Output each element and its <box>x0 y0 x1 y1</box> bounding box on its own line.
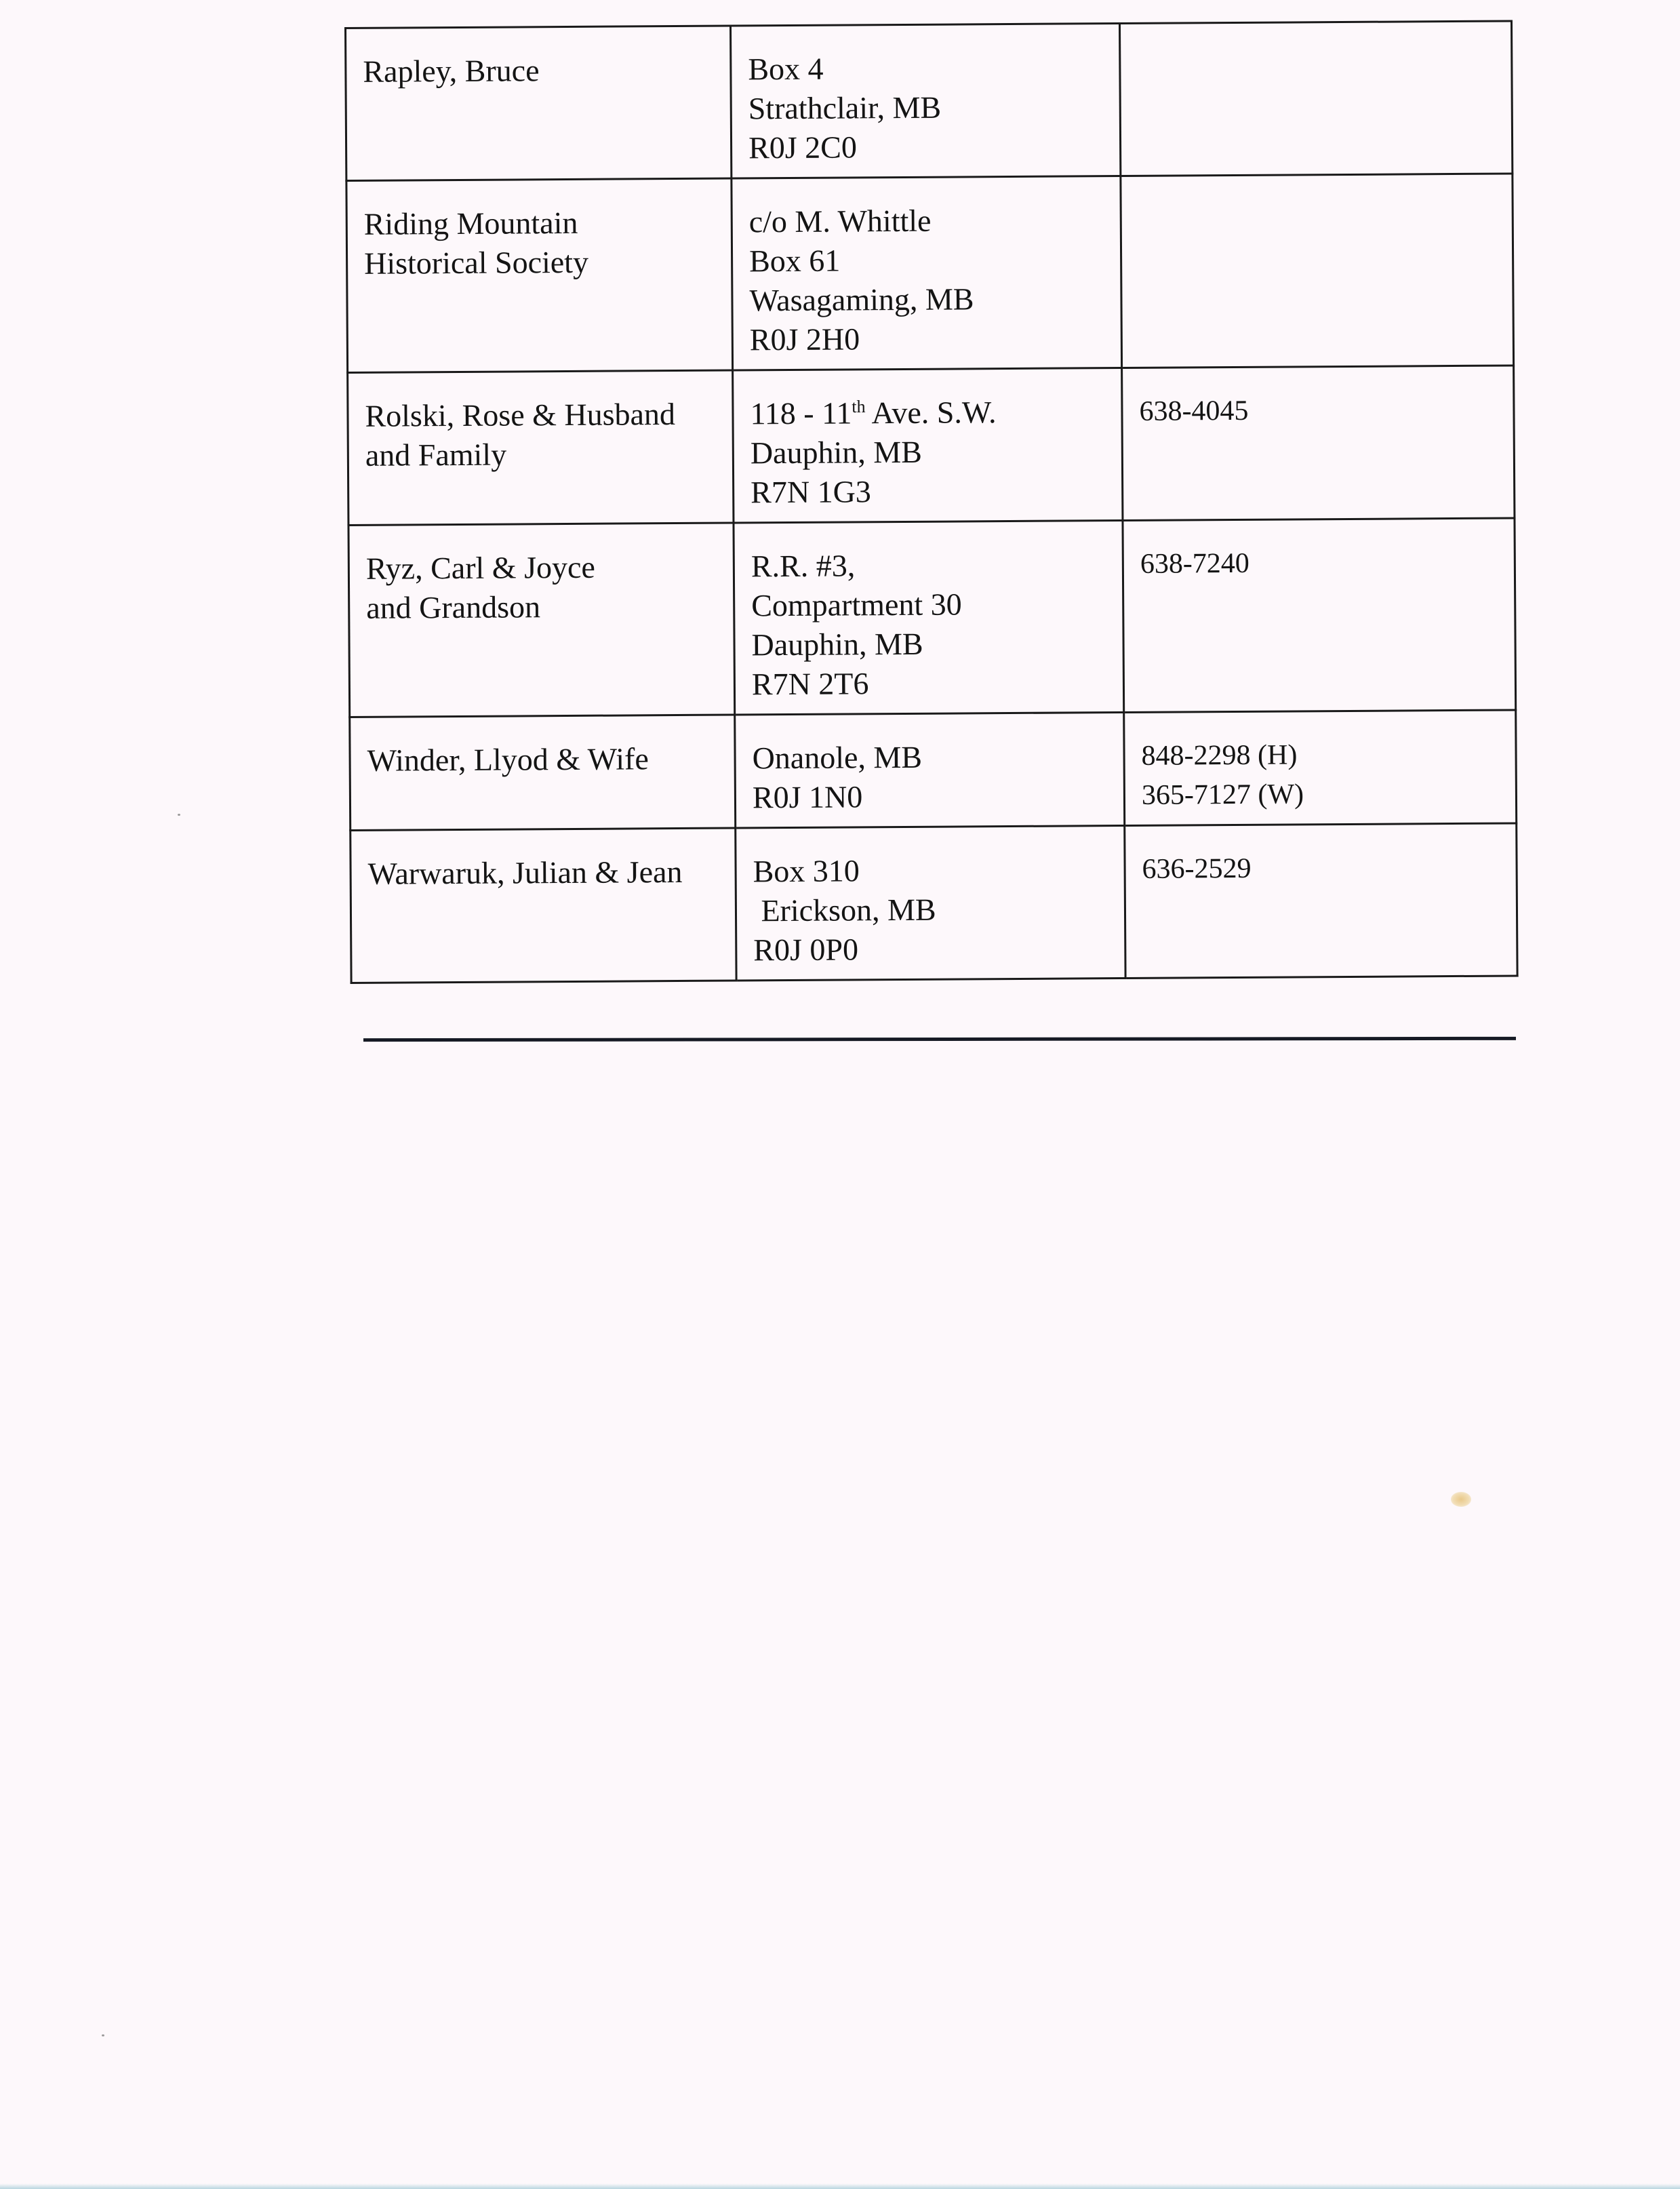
scan-edge <box>0 2184 1680 2189</box>
contact-name: Warwaruk, Julian & Jean <box>367 852 718 894</box>
address-line: Box 310 <box>753 850 1107 891</box>
contact-name-cell: Rolski, Rose & Husband and Family <box>348 370 734 525</box>
contact-address-cell: Onanole, MB R0J 1N0 <box>735 712 1125 828</box>
address-line: Strathclair, MB <box>748 87 1103 128</box>
contact-address-cell: 118 - 11th Ave. S.W. Dauphin, MB R7N 1G3 <box>733 368 1123 524</box>
phone-number: 638-4045 <box>1139 390 1496 431</box>
table-row: Rapley, Bruce Box 4 Strathclair, MB R0J … <box>346 21 1513 181</box>
contact-name: Rolski, Rose & Husband <box>365 395 715 436</box>
contact-name-cell: Rapley, Bruce <box>346 26 732 180</box>
phone-number-home: 848-2298 (H) <box>1141 734 1498 776</box>
address-line: 118 - 11th Ave. S.W. <box>750 392 1104 433</box>
address-line: Wasagaming, MB <box>749 279 1104 320</box>
table-row: Warwaruk, Julian & Jean Box 310 Erickson… <box>351 823 1517 983</box>
contact-phone-cell: 638-4045 <box>1122 366 1515 521</box>
contact-name-cell: Warwaruk, Julian & Jean <box>351 828 736 983</box>
contact-name-cell: Ryz, Carl & Joyce and Grandson <box>348 523 735 717</box>
address-line: R7N 1G3 <box>751 471 1105 512</box>
address-line: R0J 1N0 <box>753 776 1107 817</box>
address-line: c/o M. Whittle <box>749 200 1104 241</box>
paper-stain <box>1451 1492 1471 1507</box>
contact-name: and Grandson <box>366 587 717 628</box>
contact-address-cell: c/o M. Whittle Box 61 Wasagaming, MB R0J… <box>732 176 1122 371</box>
address-line: Box 4 <box>748 47 1102 89</box>
contact-phone-cell <box>1119 21 1512 176</box>
address-line: R0J 2C0 <box>748 126 1103 167</box>
contact-name: Riding Mountain <box>364 203 715 244</box>
address-line: R.R. #3, <box>751 545 1106 586</box>
address-line: Compartment 30 <box>751 584 1106 625</box>
contact-name: Ryz, Carl & Joyce <box>366 547 717 589</box>
address-line: R0J 2H0 <box>750 318 1104 359</box>
address-line: Dauphin, MB <box>751 623 1106 665</box>
contact-name: Winder, Llyod & Wife <box>367 739 717 781</box>
contact-name: and Family <box>365 434 716 475</box>
ordinal-suffix: th <box>852 397 865 416</box>
contact-phone-cell <box>1121 174 1514 368</box>
contact-name-cell: Riding Mountain Historical Society <box>346 178 733 372</box>
contacts-table: Rapley, Bruce Box 4 Strathclair, MB R0J … <box>344 20 1519 983</box>
phone-number: 636-2529 <box>1142 848 1499 889</box>
contact-name: Historical Society <box>364 242 715 283</box>
contact-address-cell: Box 310 Erickson, MB R0J 0P0 <box>736 825 1125 981</box>
contact-phone-cell: 638-7240 <box>1123 518 1516 713</box>
address-line: Onanole, MB <box>752 736 1106 778</box>
horizontal-rule <box>363 1037 1516 1042</box>
address-line: Dauphin, MB <box>751 431 1105 473</box>
contact-phone-cell: 636-2529 <box>1125 823 1517 979</box>
street-number: 118 - 11 <box>750 395 852 431</box>
contact-address-cell: Box 4 Strathclair, MB R0J 2C0 <box>730 24 1120 179</box>
contact-name: Rapley, Bruce <box>363 50 713 92</box>
table-row: Riding Mountain Historical Society c/o M… <box>346 174 1514 373</box>
contacts-table-container: Rapley, Bruce Box 4 Strathclair, MB R0J … <box>344 20 1517 983</box>
scan-speck <box>178 814 180 816</box>
contact-address-cell: R.R. #3, Compartment 30 Dauphin, MB R7N … <box>734 521 1124 715</box>
address-line: Erickson, MB <box>753 889 1108 930</box>
phone-number: 638-7240 <box>1140 543 1498 584</box>
scan-speck <box>102 2034 104 2036</box>
address-line: Box 61 <box>749 239 1104 281</box>
street-name: Ave. S.W. <box>865 395 996 430</box>
phone-number-work: 365-7127 (W) <box>1142 774 1499 815</box>
contact-phone-cell: 848-2298 (H) 365-7127 (W) <box>1124 710 1517 826</box>
table-row: Winder, Llyod & Wife Onanole, MB R0J 1N0… <box>350 710 1517 831</box>
address-line: R7N 2T6 <box>752 663 1106 704</box>
address-line: R0J 0P0 <box>753 928 1108 970</box>
contact-name-cell: Winder, Llyod & Wife <box>350 715 736 830</box>
table-row: Ryz, Carl & Joyce and Grandson R.R. #3, … <box>348 518 1516 717</box>
table-row: Rolski, Rose & Husband and Family 118 - … <box>348 366 1515 526</box>
